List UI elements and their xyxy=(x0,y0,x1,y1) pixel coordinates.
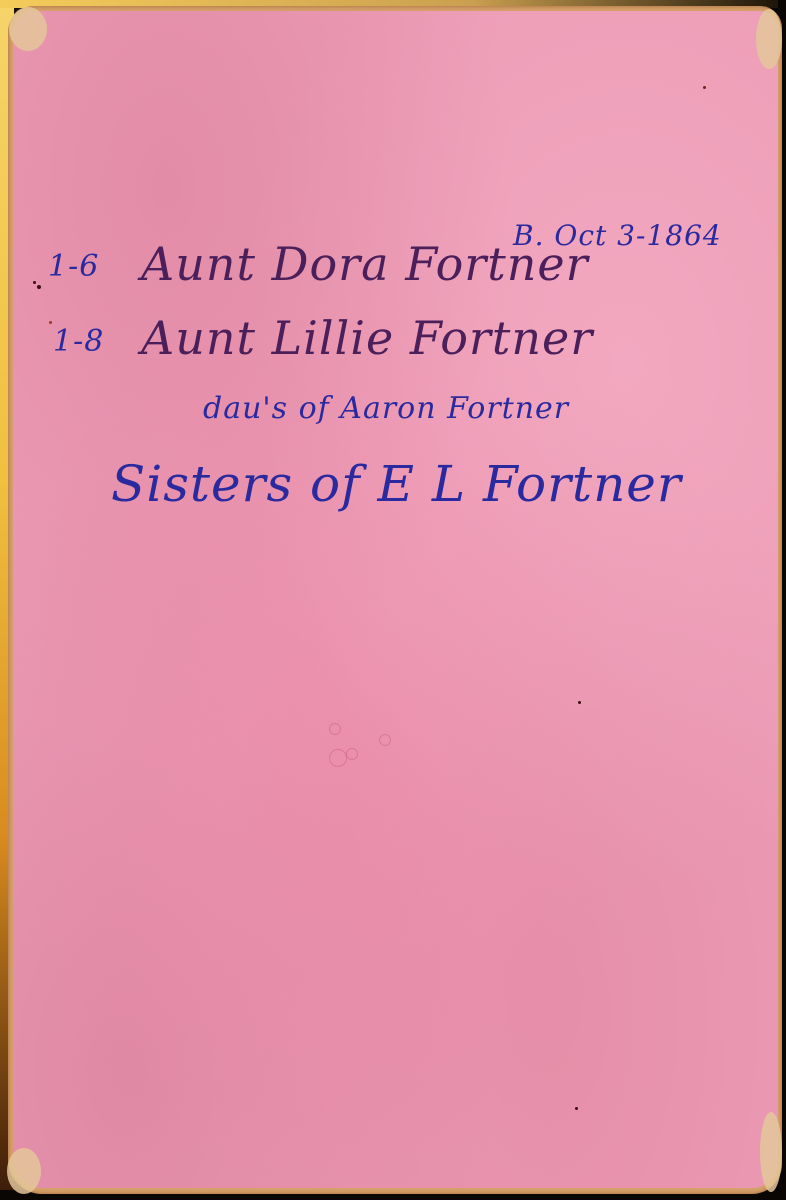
sisters-note: Sisters of E L Fortner xyxy=(111,455,682,513)
stain-ring xyxy=(346,748,358,760)
daughters-note: dau's of Aaron Fortner xyxy=(203,391,569,426)
speck xyxy=(575,1107,578,1110)
line2-name: Aunt Lillie Fortner xyxy=(141,311,593,365)
speck xyxy=(33,281,36,284)
speck xyxy=(37,285,41,289)
corner-wear-top-right xyxy=(756,9,782,69)
corner-wear-bottom-left xyxy=(7,1148,41,1194)
line1-number: 1-6 xyxy=(48,249,99,284)
speck xyxy=(49,321,52,324)
photo-card: B. Oct 3-1864 1-6 Aunt Dora Fortner 1-8 … xyxy=(8,6,782,1194)
stain-ring xyxy=(329,723,341,735)
speck xyxy=(703,86,706,89)
corner-wear-bottom-right xyxy=(760,1112,782,1192)
corner-wear-top-left xyxy=(9,7,47,51)
speck xyxy=(578,701,581,704)
line2-number: 1-8 xyxy=(53,324,104,359)
card-face: B. Oct 3-1864 1-6 Aunt Dora Fortner 1-8 … xyxy=(13,11,778,1188)
stain-ring xyxy=(379,734,391,746)
stain-ring xyxy=(329,749,347,767)
line1-name: Aunt Dora Fortner xyxy=(141,237,589,291)
